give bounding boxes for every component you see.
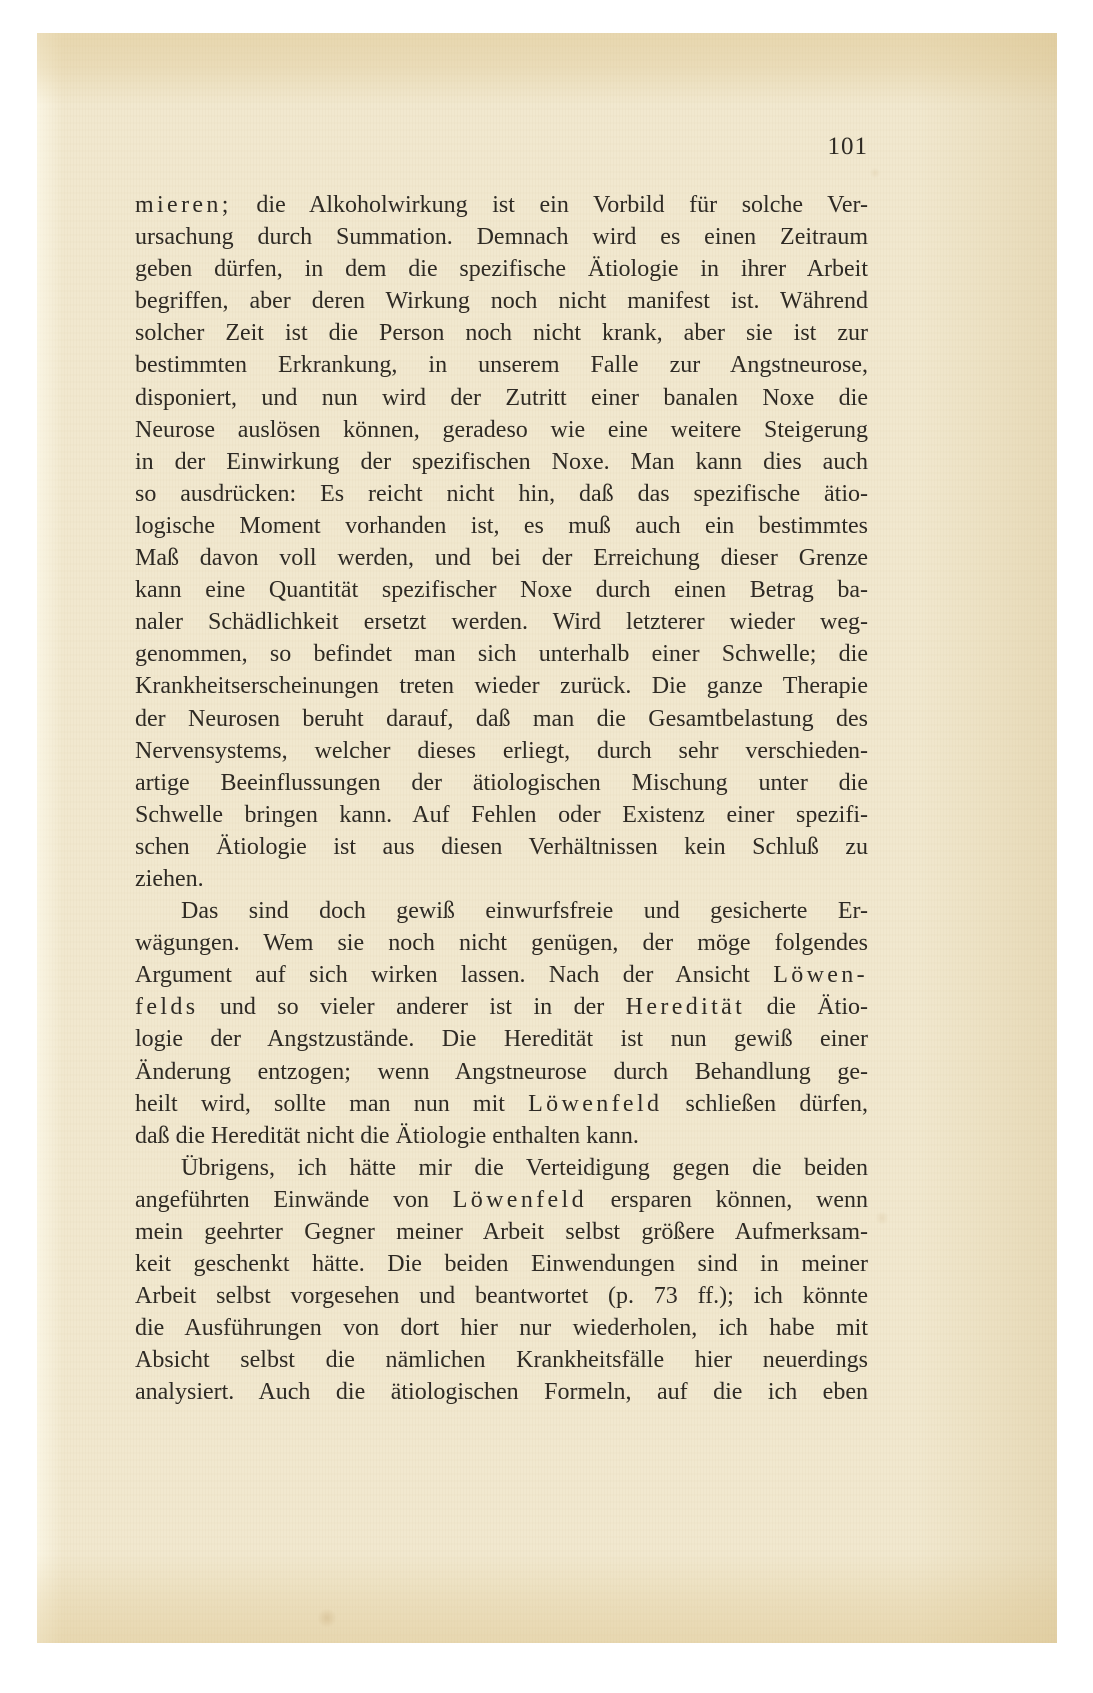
text-block: mieren; die Alkoholwirkung ist ein Vorbi… bbox=[135, 189, 868, 1409]
letterspaced-word: Heredität bbox=[626, 994, 746, 1020]
text-line: in der Einwirkung der spezifischen Noxe.… bbox=[135, 446, 868, 478]
text-line: solcher Zeit ist die Person noch nicht k… bbox=[135, 317, 868, 349]
text-line: mein geehrter Gegner meiner Arbeit selbs… bbox=[135, 1216, 868, 1248]
text-line: naler Schädlichkeit ersetzt werden. Wird… bbox=[135, 606, 868, 638]
scanned-page: 101 mieren; die Alkoholwirkung ist ein V… bbox=[37, 33, 1057, 1643]
text-line: Krankheitserscheinungen treten wieder zu… bbox=[135, 670, 868, 702]
text-line: Nervensystems, welcher dieses erliegt, d… bbox=[135, 735, 868, 767]
letterspaced-word: Löwen- bbox=[773, 962, 868, 988]
text-line: die Ausführungen von dort hier nur wiede… bbox=[135, 1312, 868, 1344]
text-line: logische Moment vorhanden ist, es muß au… bbox=[135, 510, 868, 542]
text-line: keit geschenkt hätte. Die beiden Einwend… bbox=[135, 1248, 868, 1280]
text-line: artige Beeinflussungen der ätiologischen… bbox=[135, 767, 868, 799]
text-line: ziehen. bbox=[135, 863, 868, 895]
text-line: Arbeit selbst vorgesehen und beantwortet… bbox=[135, 1280, 868, 1312]
text-line: disponiert, und nun wird der Zutritt ein… bbox=[135, 382, 868, 414]
letterspaced-word: mieren; bbox=[135, 192, 232, 218]
text-line: felds und so vieler anderer ist in der H… bbox=[135, 991, 868, 1023]
text-line: geben dürfen, in dem die spezifische Äti… bbox=[135, 253, 868, 285]
text-line: schen Ätiologie ist aus diesen Verhältni… bbox=[135, 831, 868, 863]
text-line: daß die Heredität nicht die Ätiologie en… bbox=[135, 1120, 868, 1152]
text-line: analysiert. Auch die ätiologischen Forme… bbox=[135, 1376, 868, 1408]
text-line: so ausdrücken: Es reicht nicht hin, daß … bbox=[135, 478, 868, 510]
text-line: Schwelle bringen kann. Auf Fehlen oder E… bbox=[135, 799, 868, 831]
letterspaced-word: Löwenfeld bbox=[528, 1091, 662, 1117]
text-line: der Neurosen beruht darauf, daß man die … bbox=[135, 703, 868, 735]
text-line: ursachung durch Summation. Demnach wird … bbox=[135, 221, 868, 253]
text-line: Das sind doch gewiß einwurfsfreie und ge… bbox=[135, 895, 868, 927]
text-line: Absicht selbst die nämlichen Krankheitsf… bbox=[135, 1344, 868, 1376]
text-line: Maß davon voll werden, und bei der Errei… bbox=[135, 542, 868, 574]
text-line: logie der Angstzustände. Die Heredität i… bbox=[135, 1023, 868, 1055]
page-background: { "colors": { "background": "#ffffff", "… bbox=[0, 0, 1093, 1693]
text-line: Änderung entzogen; wenn Angstneurose dur… bbox=[135, 1056, 868, 1088]
page-number: 101 bbox=[135, 133, 868, 161]
text-line: angeführten Einwände von Löwenfeld erspa… bbox=[135, 1184, 868, 1216]
letterspaced-word: Löwenfeld bbox=[453, 1187, 587, 1213]
text-line: Neurose auslösen können, geradeso wie ei… bbox=[135, 414, 868, 446]
text-line: wägungen. Wem sie noch nicht genügen, de… bbox=[135, 927, 868, 959]
text-line: Übrigens, ich hätte mir die Verteidigung… bbox=[135, 1152, 868, 1184]
text-line: heilt wird, sollte man nun mit Löwenfeld… bbox=[135, 1088, 868, 1120]
text-line: begriffen, aber deren Wirkung noch nicht… bbox=[135, 285, 868, 317]
text-line: genommen, so befindet man sich unterhalb… bbox=[135, 638, 868, 670]
letterspaced-word: felds bbox=[135, 994, 198, 1020]
text-line: bestimmten Erkrankung, in unserem Falle … bbox=[135, 349, 868, 381]
text-line: Argument auf sich wirken lassen. Nach de… bbox=[135, 959, 868, 991]
text-line: kann eine Quantität spezifischer Noxe du… bbox=[135, 574, 868, 606]
text-line: mieren; die Alkoholwirkung ist ein Vorbi… bbox=[135, 189, 868, 221]
